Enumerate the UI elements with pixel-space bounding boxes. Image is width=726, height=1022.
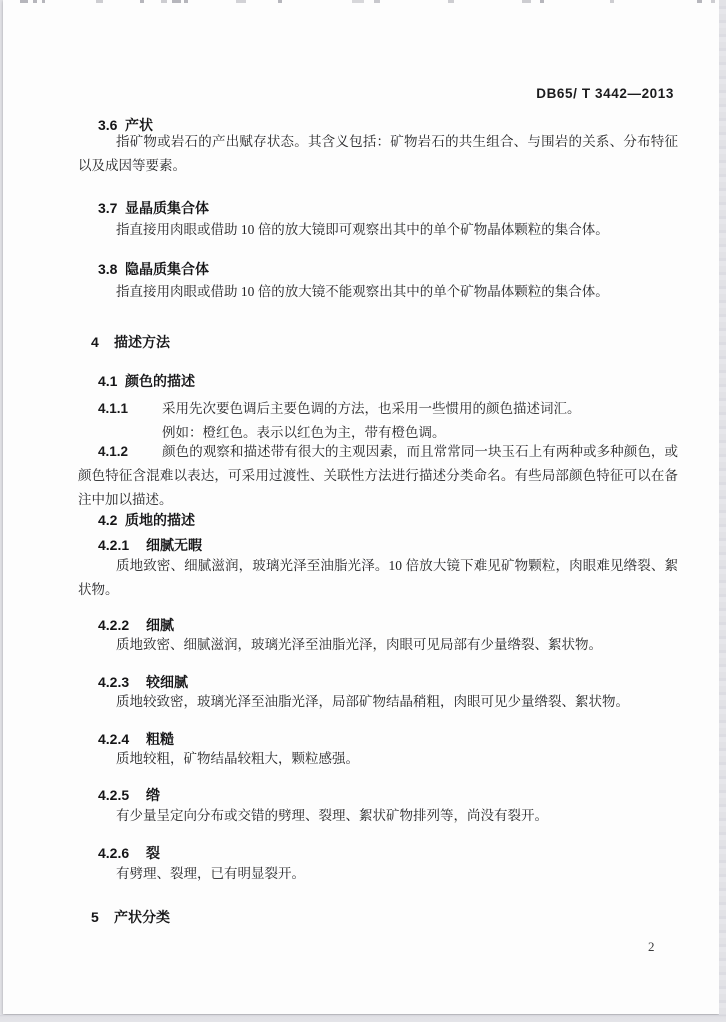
scan-speck xyxy=(236,0,246,3)
clause-number: 3.8 xyxy=(98,261,125,278)
scan-speck xyxy=(711,0,715,3)
clause-heading-4-2-6: 4.2.6裂 xyxy=(78,845,698,862)
clause-paragraph: 质地较致密，玻璃光泽至油脂光泽，局部矿物结晶稍粗，肉眼可见少量绺裂、絮状物。 xyxy=(78,690,678,714)
clause-heading-5: 5产状分类 xyxy=(78,909,691,926)
scan-speck xyxy=(140,0,144,3)
clause-heading-4-2: 4.2质地的描述 xyxy=(78,512,698,529)
clause-paragraph: 指直接用肉眼或借助 10 倍的放大镜即可观察出其中的单个矿物晶体颗粒的集合体。 xyxy=(78,218,678,242)
scan-speck xyxy=(161,0,167,3)
clause-heading-4-2-5: 4.2.5绺 xyxy=(78,787,698,804)
scan-edge-right xyxy=(719,0,726,1022)
clause-text: 采用先次要色调后主要色调的方法，也采用一些惯用的颜色描述词汇。 xyxy=(162,401,581,416)
clause-heading-3-7: 3.7显晶质集合体 xyxy=(78,200,698,217)
clause-number: 4.1 xyxy=(98,373,125,390)
clause-heading-4-2-3: 4.2.3较细腻 xyxy=(78,674,698,691)
clause-title: 隐晶质集合体 xyxy=(125,261,209,277)
clause-title: 描述方法 xyxy=(114,334,170,350)
scan-speck xyxy=(352,0,364,3)
clause-heading-4: 4描述方法 xyxy=(78,334,691,351)
clause-number: 4.1.2 xyxy=(98,440,162,464)
clause-number: 4.2.2 xyxy=(98,617,146,634)
clause-heading-4-2-2: 4.2.2细腻 xyxy=(78,617,698,634)
scan-speck xyxy=(540,0,544,3)
clause-heading-4-2-4: 4.2.4粗糙 xyxy=(78,731,698,748)
scan-speck xyxy=(697,0,702,3)
clause-heading-4-1: 4.1颜色的描述 xyxy=(78,373,698,390)
clause-paragraph: 质地致密、细腻滋润，玻璃光泽至油脂光泽，肉眼可见局部有少量绺裂、絮状物。 xyxy=(78,633,678,657)
clause-paragraph: 质地致密、细腻滋润，玻璃光泽至油脂光泽。10 倍放大镜下难见矿物颗粒，肉眼难见绺… xyxy=(78,554,678,602)
clause-number: 4.2.1 xyxy=(98,537,146,554)
clause-title: 细腻无暇 xyxy=(146,537,202,553)
scan-speck xyxy=(42,0,45,3)
clause-title: 绺 xyxy=(146,787,160,803)
clause-number: 4.2.3 xyxy=(98,674,146,691)
scan-edge-bottom xyxy=(0,1015,726,1022)
clause-title: 裂 xyxy=(146,845,160,861)
clause-heading-3-8: 3.8隐晶质集合体 xyxy=(78,261,698,278)
standard-code: DB65/ T 3442—2013 xyxy=(78,86,678,101)
clause-paragraph: 指直接用肉眼或借助 10 倍的放大镜不能观察出其中的单个矿物晶体颗粒的集合体。 xyxy=(78,280,678,304)
clause-number: 4 xyxy=(91,334,114,351)
clause-paragraph: 有少量呈定向分布或交错的劈理、裂理、絮状矿物排列等，尚没有裂开。 xyxy=(78,804,678,828)
clause-paragraph: 质地较粗，矿物结晶较粗大，颗粒感强。 xyxy=(78,747,678,771)
clause-title: 产状分类 xyxy=(114,909,170,925)
clause-text: 颜色的观察和描述带有很大的主观因素，而且常常同一块玉石上有两种或多种颜色，或颜色… xyxy=(78,444,678,507)
scan-speck xyxy=(20,0,28,3)
clause-heading-4-2-1: 4.2.1细腻无暇 xyxy=(78,537,698,554)
clause-4-1-1: 4.1.1采用先次要色调后主要色调的方法，也采用一些惯用的颜色描述词汇。 例如：… xyxy=(78,397,678,444)
scan-speck xyxy=(184,0,188,3)
scanned-standard-page: { "document": { "standard_code": "DB65/ … xyxy=(0,0,726,1022)
page-number: 2 xyxy=(648,939,678,955)
scan-speck xyxy=(374,0,380,3)
clause-paragraph: 指矿物或岩石的产出赋存状态。其含义包括：矿物岩石的共生组合、与围岩的关系、分布特… xyxy=(78,130,678,178)
scan-speck xyxy=(172,0,181,3)
scan-speck xyxy=(33,0,37,3)
clause-number: 3.7 xyxy=(98,200,125,217)
scan-speck xyxy=(522,0,531,3)
page-sheet: DB65/ T 3442—2013 3.6产状 指矿物或岩石的产出赋存状态。其含… xyxy=(3,0,719,1014)
scan-speck xyxy=(96,0,103,3)
clause-number: 4.2 xyxy=(98,512,125,529)
clause-title: 显晶质集合体 xyxy=(125,200,209,216)
clause-number: 4.1.1 xyxy=(98,397,162,421)
clause-title: 粗糙 xyxy=(146,731,174,747)
clause-title: 较细腻 xyxy=(146,674,188,690)
clause-title: 质地的描述 xyxy=(125,512,195,528)
scan-speck xyxy=(278,0,282,3)
clause-number: 4.2.5 xyxy=(98,787,146,804)
scan-speck xyxy=(448,0,454,3)
clause-4-1-2: 4.1.2颜色的观察和描述带有很大的主观因素，而且常常同一块玉石上有两种或多种颜… xyxy=(78,440,678,512)
clause-number: 4.2.6 xyxy=(98,845,146,862)
scan-speck xyxy=(610,0,614,3)
clause-number: 5 xyxy=(91,909,114,926)
clause-number: 4.2.4 xyxy=(98,731,146,748)
clause-title: 细腻 xyxy=(146,617,174,633)
clause-title: 颜色的描述 xyxy=(125,373,195,389)
clause-paragraph: 有劈理、裂理，已有明显裂开。 xyxy=(78,862,678,886)
